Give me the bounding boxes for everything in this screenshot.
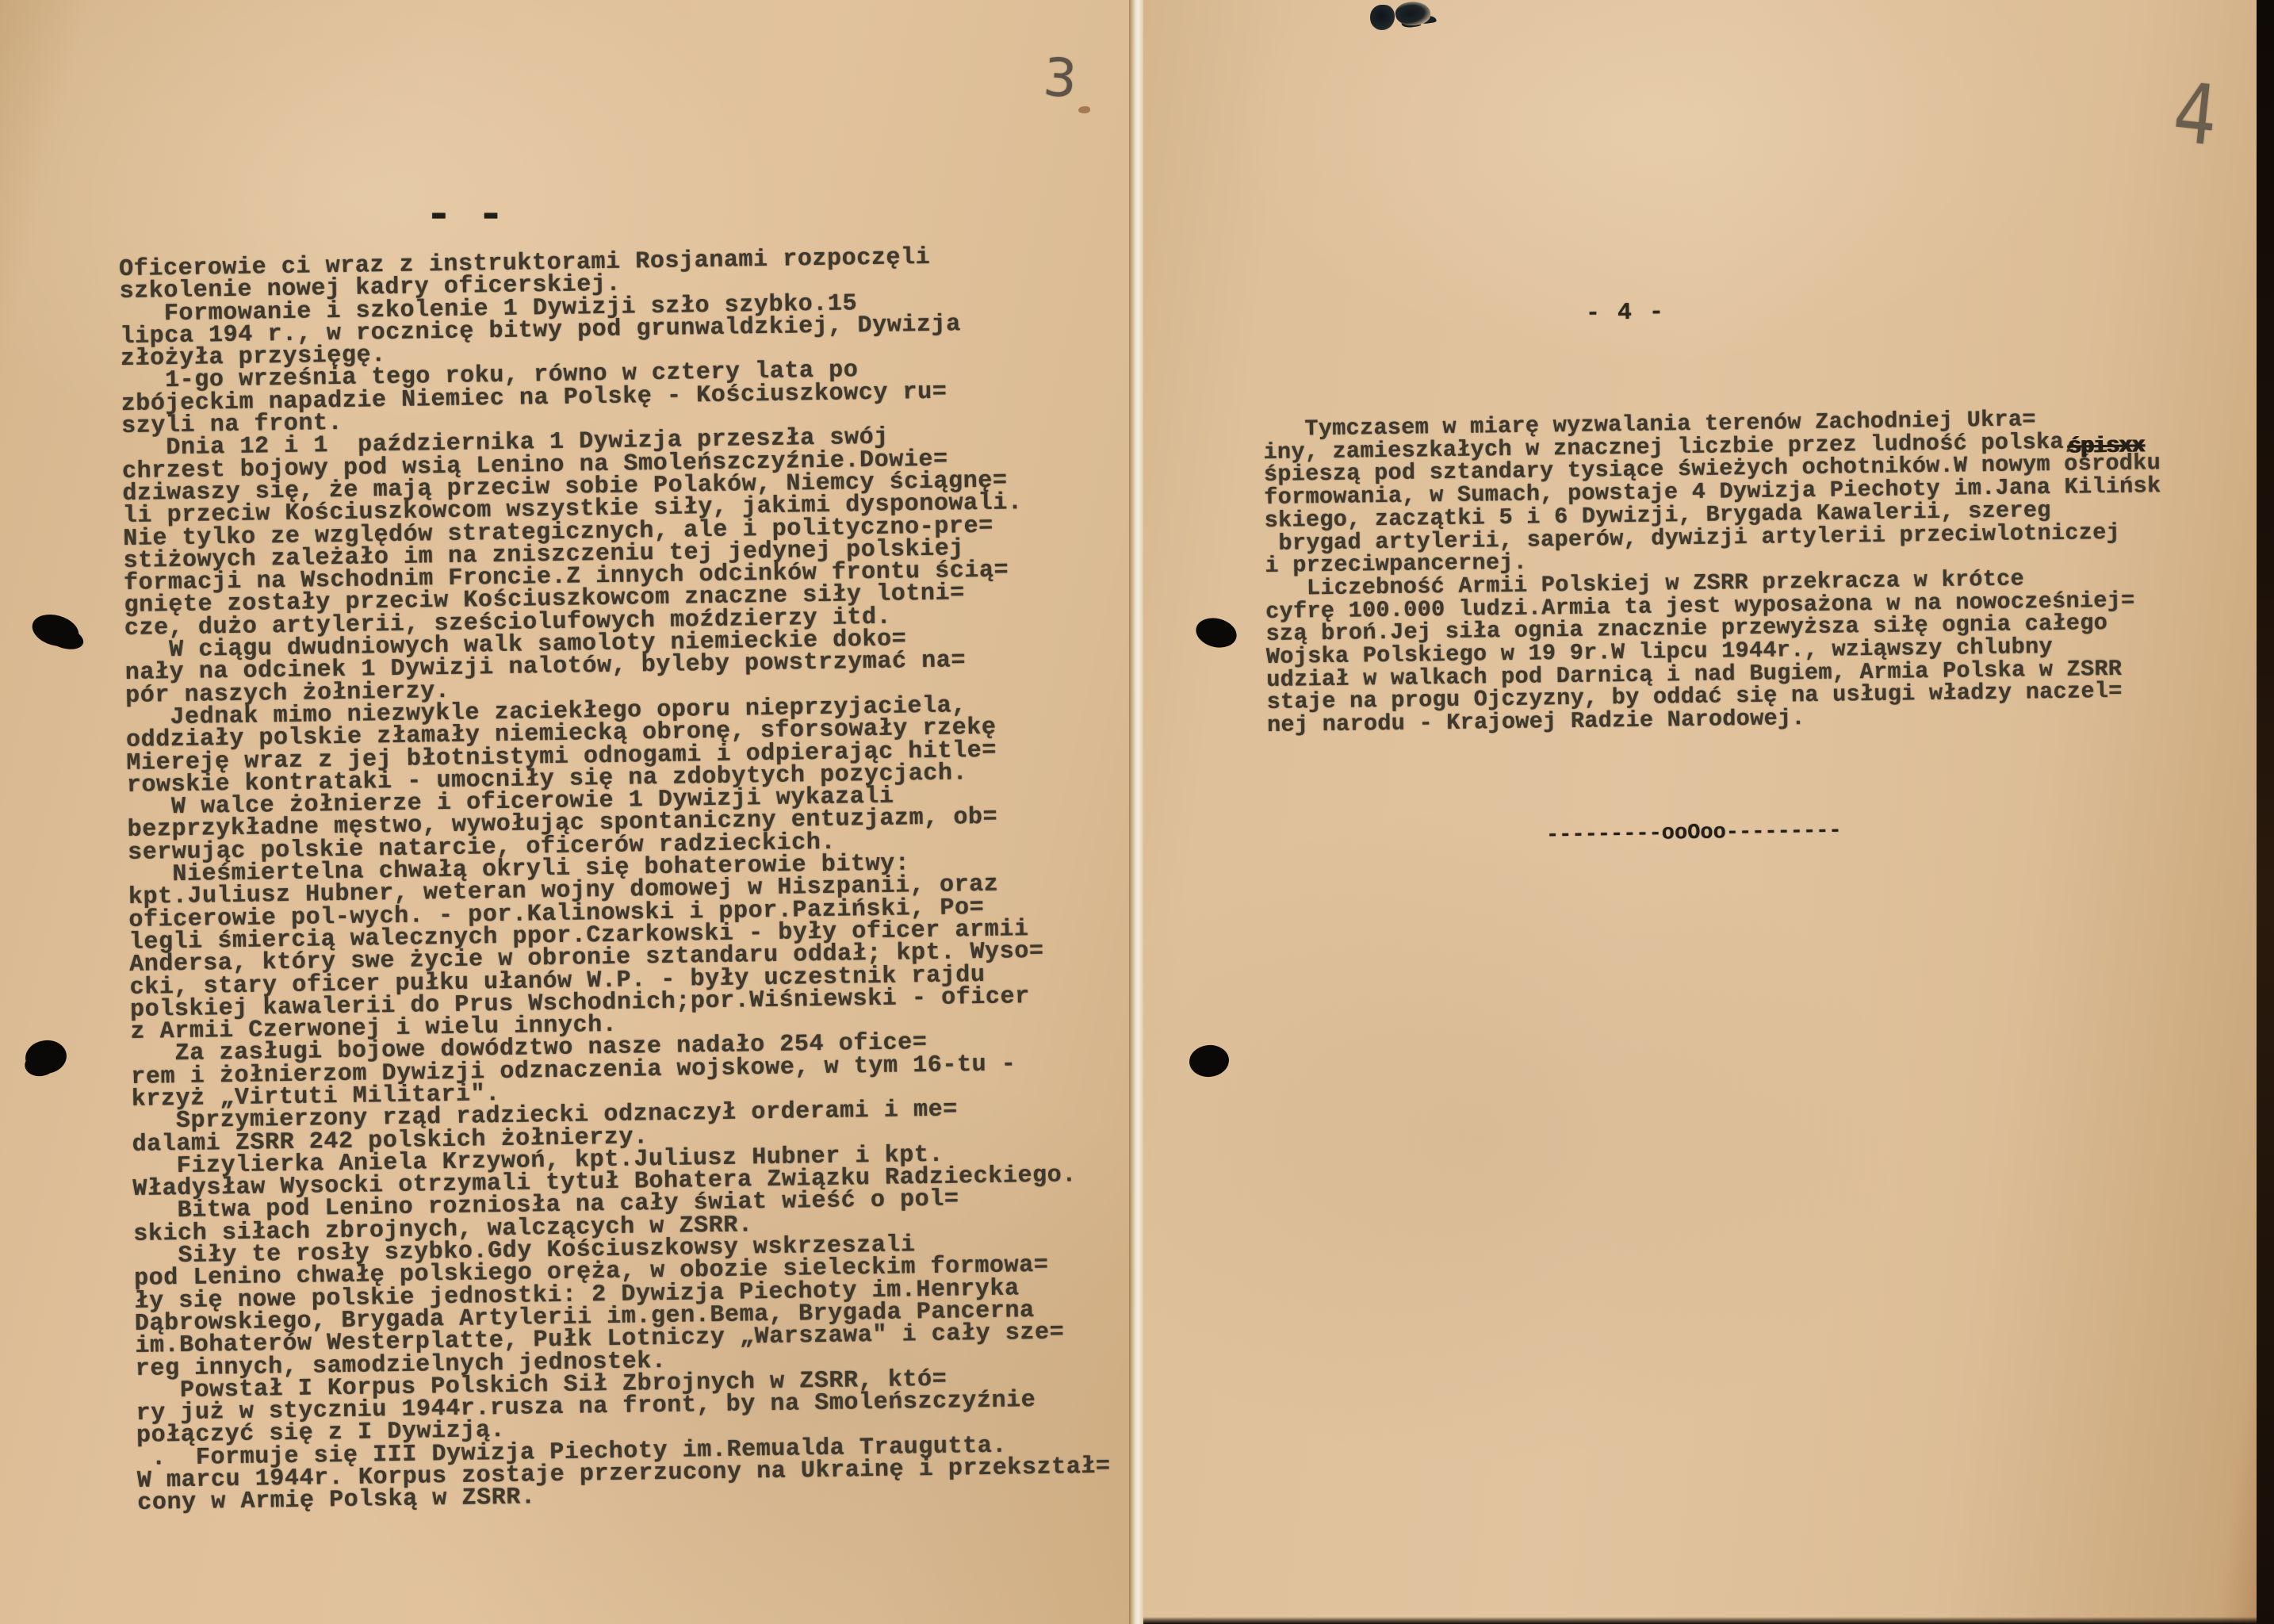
page-3-text-block: Oficerowie ci wraz z instruktorami Rosja… <box>119 243 1152 1515</box>
top-dash-mark: - - <box>425 193 503 239</box>
page-4-sheet <box>1143 0 2257 1624</box>
handwritten-page-number-4: 4 <box>2170 71 2222 157</box>
typed-page-header: - 4 - <box>1586 301 1666 326</box>
scan-bottom-edge <box>1143 1617 2274 1624</box>
handwritten-page-number-3: 3 <box>1042 52 1079 106</box>
ooOoo-divider: ---------ooOoo--------- <box>1546 821 1842 847</box>
struck-out-word: śpisxx <box>2068 435 2145 458</box>
scanned-typescript-document: 3 - - Oficerowie ci wraz z instruktorami… <box>0 0 2274 1624</box>
paper-stain-speck <box>1078 106 1090 113</box>
scan-right-edge <box>2257 0 2274 1624</box>
